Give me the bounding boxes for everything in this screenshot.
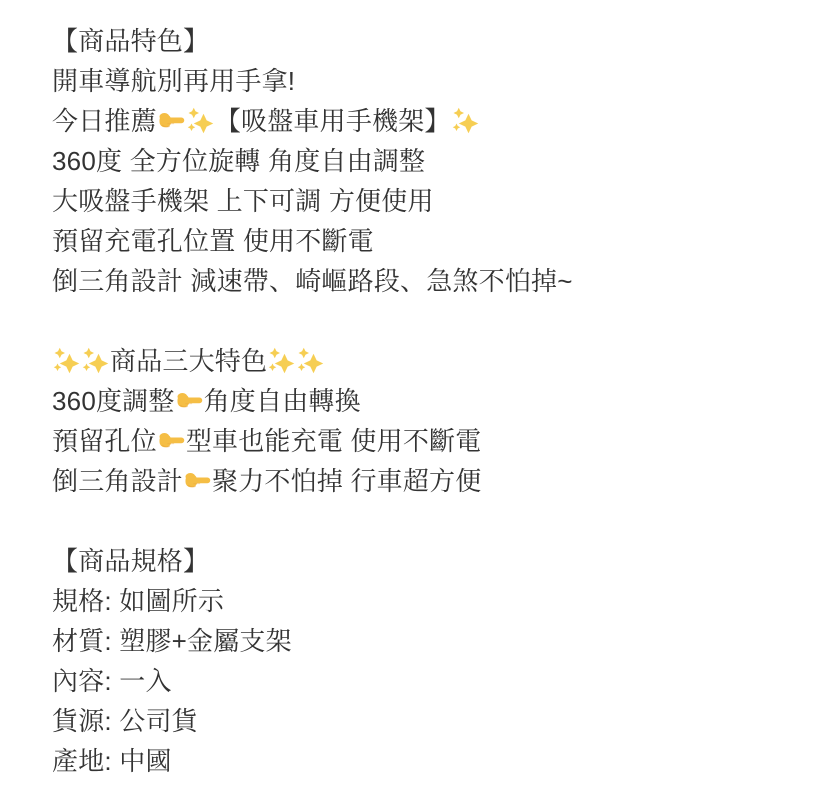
- point-right-emoji-icon: [158, 427, 185, 454]
- text-run: 貨源: 公司貨: [52, 706, 198, 736]
- sparkles-emoji-icon: [53, 347, 80, 374]
- text-run: 預留充電孔位置 使用不斷電: [52, 226, 374, 256]
- description-line: [52, 301, 800, 341]
- text-run: 規格: 如圖所示: [52, 586, 224, 616]
- text-run: 【商品規格】: [52, 546, 209, 576]
- text-run: 商品三大特色: [110, 346, 267, 376]
- sparkles-emoji-icon: [452, 107, 479, 134]
- text-run: 今日推薦: [52, 106, 157, 136]
- text-run: 倒三角設計: [52, 466, 183, 496]
- description-lines: 【商品特色】開車導航別再用手拿!今日推薦【吸盤車用手機架】360度 全方位旋轉 …: [52, 21, 800, 781]
- description-line: 倒三角設計聚力不怕掉 行車超方便: [52, 461, 800, 501]
- description-line: 大吸盤手機架 上下可調 方便使用: [52, 181, 800, 221]
- sparkles-emoji-icon: [187, 107, 214, 134]
- description-line: 倒三角設計 減速帶、崎嶇路段、急煞不怕掉~: [52, 261, 800, 301]
- text-run: 【吸盤車用手機架】: [215, 106, 451, 136]
- sparkles-emoji-icon: [297, 347, 324, 374]
- description-line: 【商品規格】: [52, 541, 800, 581]
- description-line: 今日推薦【吸盤車用手機架】: [52, 101, 800, 141]
- point-right-emoji-icon: [184, 467, 211, 494]
- description-line: 【商品特色】: [52, 21, 800, 61]
- point-right-emoji-icon: [158, 107, 185, 134]
- description-line: 內容: 一入: [52, 661, 800, 701]
- description-line: 開車導航別再用手拿!: [52, 61, 800, 101]
- description-line: 材質: 塑膠+金屬支架: [52, 621, 800, 661]
- text-run: 大吸盤手機架 上下可調 方便使用: [52, 186, 434, 216]
- text-run: 360度調整: [52, 386, 175, 416]
- text-run: 角度自由轉換: [204, 386, 361, 416]
- description-line: 預留孔位型車也能充電 使用不斷電: [52, 421, 800, 461]
- description-line: 預留充電孔位置 使用不斷電: [52, 221, 800, 261]
- text-run: 預留孔位: [52, 426, 157, 456]
- text-run: 材質: 塑膠+金屬支架: [52, 626, 292, 656]
- text-run: 倒三角設計 減速帶、崎嶇路段、急煞不怕掉~: [52, 266, 573, 296]
- product-description: 【商品特色】開車導航別再用手拿!今日推薦【吸盤車用手機架】360度 全方位旋轉 …: [0, 0, 840, 781]
- product-description-page: { "page": { "background_color": "#ffffff…: [0, 0, 840, 798]
- description-line: 商品三大特色: [52, 341, 800, 381]
- text-run: 360度 全方位旋轉 角度自由調整: [52, 146, 425, 176]
- text-run: 聚力不怕掉 行車超方便: [212, 466, 481, 496]
- text-run: 產地: 中國: [52, 746, 172, 776]
- text-run: 型車也能充電 使用不斷電: [186, 426, 482, 456]
- point-right-emoji-icon: [176, 387, 203, 414]
- description-line: 產地: 中國: [52, 741, 800, 781]
- description-line: 貨源: 公司貨: [52, 701, 800, 741]
- sparkles-emoji-icon: [82, 347, 109, 374]
- sparkles-emoji-icon: [268, 347, 295, 374]
- text-run: 開車導航別再用手拿!: [52, 66, 295, 96]
- description-line: 360度 全方位旋轉 角度自由調整: [52, 141, 800, 181]
- text-run: 內容: 一入: [52, 666, 172, 696]
- text-run: 【商品特色】: [52, 26, 209, 56]
- description-line: [52, 501, 800, 541]
- description-line: 360度調整角度自由轉換: [52, 381, 800, 421]
- description-line: 規格: 如圖所示: [52, 581, 800, 621]
